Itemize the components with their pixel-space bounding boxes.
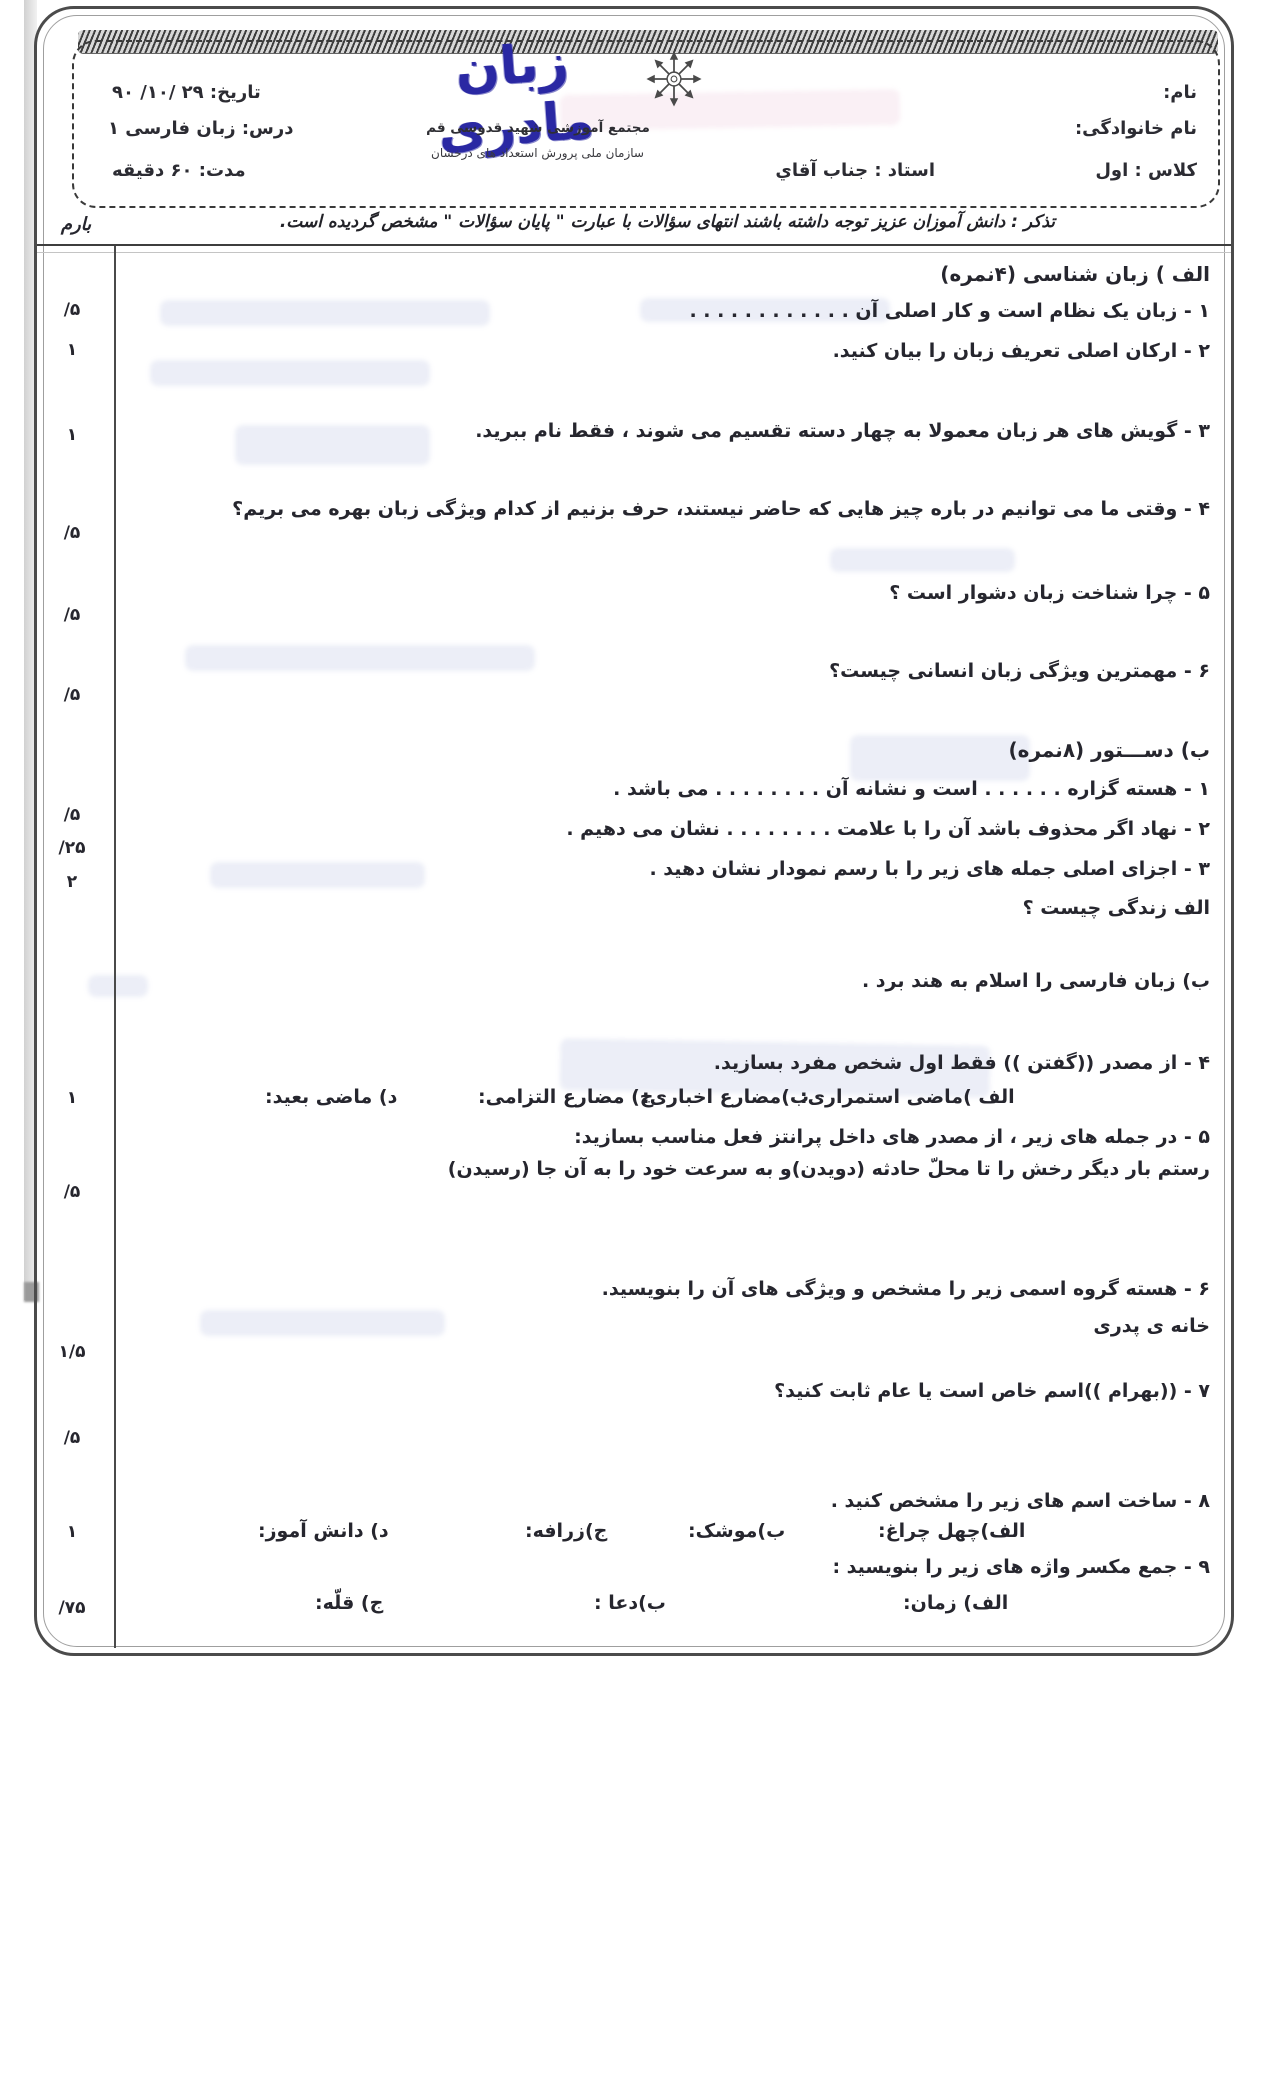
question-a3: ۳ - گویش های هر زبان معمولا به چهار دسته… xyxy=(475,420,1210,442)
marks-a6: /۵ xyxy=(40,685,104,705)
question-b4-option-c: ج) مضارع التزامی: xyxy=(478,1086,653,1108)
exam-paper-page: نام: نام خانوادگی: کلاس : اول استاد : جن… xyxy=(0,0,1275,2100)
marks-a2: ۱ xyxy=(40,340,104,360)
marks-column-divider xyxy=(114,246,116,1648)
question-b4-option-b: ب)مضارع اخباری: xyxy=(642,1086,809,1108)
question-b8-option-c: ج)زرافه: xyxy=(525,1520,607,1542)
question-a4: ۴ - وقتی ما می توانیم در باره چیز هایی ک… xyxy=(232,498,1210,520)
question-b8: ۸ - ساخت اسم های زیر را مشخص کنید . xyxy=(831,1490,1210,1512)
section-b-title: ب) دســـتور (۸نمره) xyxy=(1009,738,1211,762)
question-b3: ۳ - اجزای اصلی جمله های زیر را با رسم نم… xyxy=(649,858,1210,880)
horizontal-rule-faint xyxy=(37,252,1231,253)
question-b8-option-d: د) دانش آموز: xyxy=(258,1520,389,1542)
marks-b1: /۵ xyxy=(40,805,104,825)
marks-column-header: بارم xyxy=(46,214,106,235)
question-b4-option-a: الف )ماضی استمراری: xyxy=(800,1086,1015,1108)
date-label: تاریخ: ۲۹ /۱۰/ ۹۰ xyxy=(112,82,261,103)
family-name-label: نام خانوادگی: xyxy=(1075,118,1197,139)
teacher-label: استاد : جناب آقاي xyxy=(775,160,935,181)
marks-b3: ۲ xyxy=(40,872,104,892)
horizontal-rule xyxy=(37,244,1231,246)
class-label: کلاس : اول xyxy=(1095,160,1197,181)
marks-b9: /۷۵ xyxy=(40,1598,104,1618)
question-b3-item-a: الف زندگی چیست ؟ xyxy=(1023,897,1210,919)
marks-b8: ۱ xyxy=(40,1522,104,1542)
question-b3-item-b: ب) زبان فارسی را اسلام به هند برد . xyxy=(862,970,1210,992)
notice-text: تذکر : دانش آموزان عزیز توجه داشته باشند… xyxy=(280,212,1055,232)
question-b9-option-b: ب)دعا : xyxy=(594,1592,666,1614)
marks-a5: /۵ xyxy=(40,605,104,625)
question-b4-option-d: د) ماضی بعید: xyxy=(265,1086,397,1108)
question-b8-option-a: الف)چهل چراغ: xyxy=(878,1520,1025,1542)
section-a-title: الف ) زبان شناسی (۴نمره) xyxy=(940,262,1210,286)
school-name: مجتمع آموزشی شهید قدوسی قم xyxy=(408,120,668,136)
question-a2: ۲ - ارکان اصلی تعریف زبان را بیان کنید. xyxy=(833,340,1210,362)
student-name-label: نام: xyxy=(1163,82,1197,103)
duration-label: مدت: ۶۰ دقیقه xyxy=(112,160,246,181)
marks-a3: ۱ xyxy=(40,425,104,445)
school-emblem-icon xyxy=(645,50,703,112)
question-b2: ۲ - نهاد اگر محذوف باشد آن را با علامت .… xyxy=(566,818,1210,840)
question-b9-option-c: ج) قلّه: xyxy=(315,1592,383,1614)
marks-b5: /۵ xyxy=(40,1182,104,1202)
marks-a1: /۵ xyxy=(40,300,104,320)
organization-name: سازمان ملی پرورش استعداد های درخشان xyxy=(395,146,680,160)
question-b1: ۱ - هسته گزاره . . . . . . است و نشانه آ… xyxy=(613,778,1210,800)
question-a1: ۱ - زبان یک نظام است و کار اصلی آن . . .… xyxy=(689,300,1210,322)
marks-b4: ۱ xyxy=(40,1088,104,1108)
logo-calligraphy: زبان مادری xyxy=(379,27,649,165)
marks-b2: /۲۵ xyxy=(40,838,104,858)
marks-b7: /۵ xyxy=(40,1428,104,1448)
question-b6: ۶ - هسته گروه اسمی زیر را مشخص و ویژگی ه… xyxy=(602,1278,1210,1300)
question-b9-option-a: الف) زمان: xyxy=(903,1592,1008,1614)
question-b9: ۹ - جمع مکسر واژه های زیر را بنویسید : xyxy=(832,1556,1210,1578)
question-b5-sentence: رستم بار دیگر رخش را تا محلّ حادثه (دوید… xyxy=(448,1158,1210,1180)
question-b6-phrase: خانه ی پدری xyxy=(1093,1315,1210,1337)
marks-a4: /۵ xyxy=(40,523,104,543)
question-a5: ۵ - چرا شناخت زبان دشوار است ؟ xyxy=(889,582,1210,604)
marks-b6: ۱/۵ xyxy=(40,1342,104,1362)
course-label: درس: زبان فارسی ۱ xyxy=(108,118,294,139)
question-a6: ۶ - مهمترین ویژگی زبان انسانی چیست؟ xyxy=(829,660,1210,682)
question-b8-option-b: ب)موشک: xyxy=(688,1520,785,1542)
question-b5: ۵ - در جمله های زیر ، از مصدر های داخل پ… xyxy=(574,1126,1210,1148)
question-b7: ۷ - ((بهرام ))اسم خاص است یا عام ثابت کن… xyxy=(774,1380,1210,1402)
question-b4: ۴ - از مصدر ((گفتن )) فقط اول شخص مفرد ب… xyxy=(714,1052,1210,1074)
